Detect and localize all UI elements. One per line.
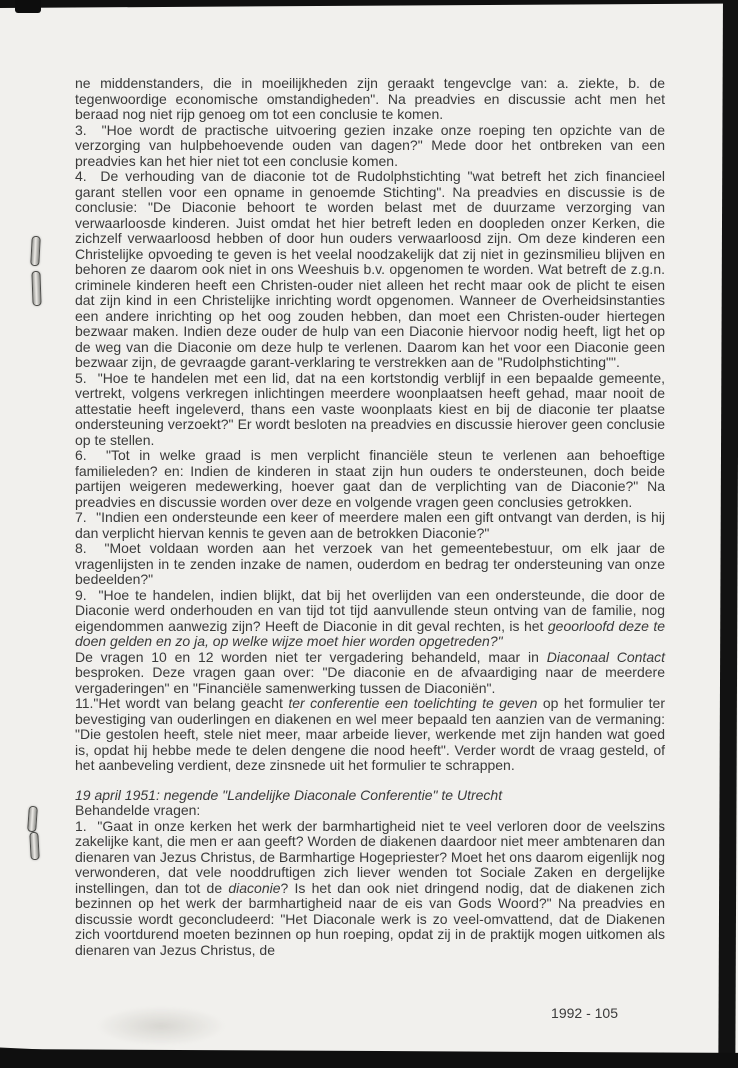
paragraph-item-1: 1. "Gaat in onze kerken het werk der bar…	[75, 819, 665, 959]
scan-edge-bottom	[0, 1049, 738, 1068]
italic-text-segment: ter conferentie een toelichting te geven	[288, 695, 537, 711]
italic-text-segment: Diaconaal Contact	[547, 649, 665, 665]
text-segment: 8. "Moet voldaan worden aan het verzoek …	[75, 540, 665, 587]
text-segment: Behandelde vragen:	[75, 802, 200, 818]
scan-edge-top	[0, 0, 738, 8]
italic-text-segment: diaconie	[228, 880, 280, 896]
paragraph-item-7: 7. "Indien een ondersteunde een keer of …	[75, 510, 665, 541]
paragraph-item-11: 11."Het wordt van belang geacht ter conf…	[75, 696, 665, 774]
paragraph-item-4: 4. De verhouding van de diaconie tot de …	[75, 169, 665, 371]
staple-mark	[30, 236, 41, 266]
paragraph-item-8: 8. "Moet voldaan worden aan het verzoek …	[75, 541, 665, 588]
paragraph-item-3: 3. "Hoe wordt de practische uitvoering g…	[75, 123, 665, 170]
paragraph-continuation: ne middenstanders, die in moeilijkheden …	[75, 76, 665, 123]
text-segment: De vragen 10 en 12 worden niet ter verga…	[75, 649, 547, 665]
paragraph-behandelde-vragen: Behandelde vragen:	[75, 803, 665, 819]
section-heading-conference: 19 april 1951: negende "Landelijke Diaco…	[75, 788, 665, 804]
text-segment: 5. "Hoe te handelen met een lid, dat na …	[75, 370, 665, 448]
text-segment: ne middenstanders, die in moeilijkheden …	[75, 75, 665, 122]
staple-mark	[29, 832, 39, 860]
text-segment: 3. "Hoe wordt de practische uitvoering g…	[75, 122, 665, 169]
paragraph-item-9: 9. "Hoe te handelen, indien blijkt, dat …	[75, 588, 665, 650]
document-text: ne middenstanders, die in moeilijkheden …	[75, 76, 665, 958]
text-segment: 11."Het wordt van belang geacht	[75, 695, 288, 711]
text-segment: besproken. Deze vragen gaan over: "De di…	[75, 664, 665, 696]
italic-text-segment: 19 april 1951: negende "Landelijke Diaco…	[75, 787, 502, 803]
staple-mark	[27, 806, 38, 833]
scan-edge-top-nub	[15, 0, 41, 13]
scan-edge-right	[718, 0, 738, 1068]
page-number: 1992 - 105	[75, 1005, 618, 1021]
text-segment: 7. "Indien een ondersteunde een keer of …	[75, 509, 665, 541]
paragraph-vragen-10-12: De vragen 10 en 12 worden niet ter verga…	[75, 650, 665, 697]
paragraph-item-6: 6. "Tot in welke graad is men verplicht …	[75, 448, 665, 510]
text-segment: 6. "Tot in welke graad is men verplicht …	[75, 447, 665, 510]
paragraph-item-5: 5. "Hoe te handelen met een lid, dat na …	[75, 371, 665, 449]
staple-mark	[31, 271, 41, 306]
scanned-document-page: ne middenstanders, die in moeilijkheden …	[0, 0, 738, 1068]
text-segment: 4. De verhouding van de diaconie tot de …	[75, 168, 665, 370]
